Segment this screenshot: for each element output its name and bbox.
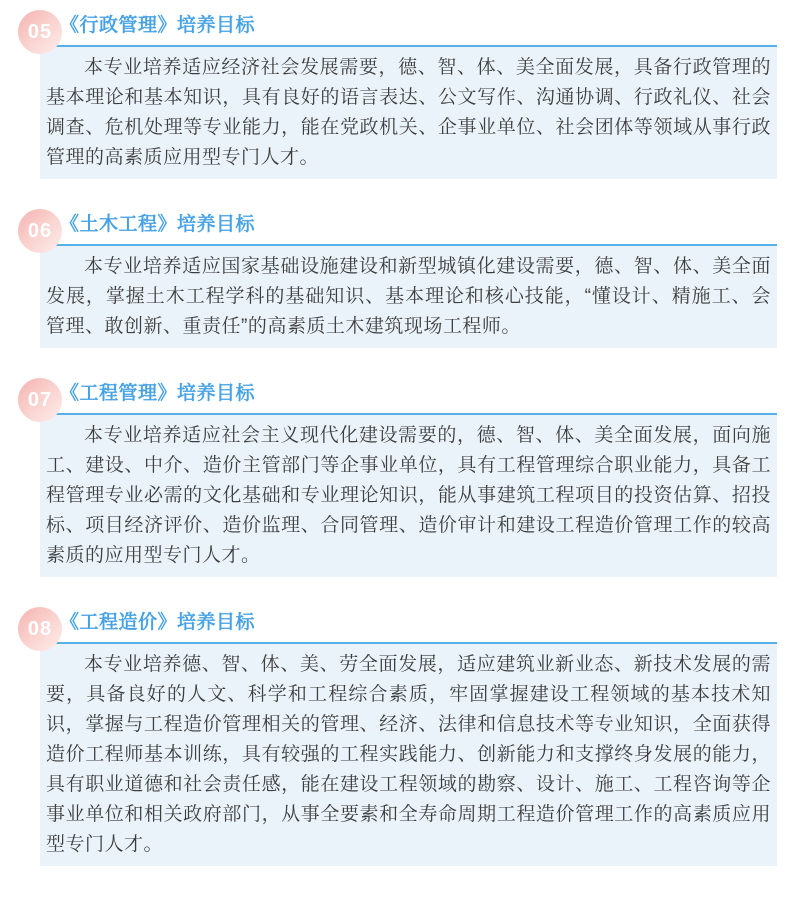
section-title: 《土木工程》培养目标	[60, 214, 255, 235]
section-header: 《土木工程》培养目标	[40, 209, 777, 246]
section-body-text: 本专业培养德、智、体、美、劳全面发展，适应建筑业新业态、新技术发展的需要，具备良…	[46, 650, 771, 860]
section-title: 《行政管理》培养目标	[60, 15, 255, 36]
section-number: 05	[28, 21, 52, 44]
section-content-box: 本专业培养适应国家基础设施建设和新型城镇化建设需要，德、智、体、美全面发展，掌握…	[40, 246, 777, 348]
section-header: 《工程造价》培养目标	[40, 607, 777, 644]
document-page: 05 《行政管理》培养目标 本专业培养适应经济社会发展需要，德、智、体、美全面发…	[0, 0, 800, 910]
section-admin-management: 05 《行政管理》培养目标 本专业培养适应经济社会发展需要，德、智、体、美全面发…	[18, 10, 777, 179]
section-number-badge: 08	[18, 607, 62, 651]
section-content-box: 本专业培养适应社会主义现代化建设需要的，德、智、体、美全面发展，面向施工、建设、…	[40, 415, 777, 577]
section-title: 《工程管理》培养目标	[60, 383, 255, 404]
section-content-box: 本专业培养适应经济社会发展需要，德、智、体、美全面发展，具备行政管理的基本理论和…	[40, 47, 777, 179]
section-number-badge: 05	[18, 10, 62, 54]
section-civil-engineering: 06 《土木工程》培养目标 本专业培养适应国家基础设施建设和新型城镇化建设需要，…	[18, 209, 777, 348]
section-body-text: 本专业培养适应国家基础设施建设和新型城镇化建设需要，德、智、体、美全面发展，掌握…	[46, 252, 771, 342]
section-number: 07	[28, 389, 52, 412]
section-engineering-cost: 08 《工程造价》培养目标 本专业培养德、智、体、美、劳全面发展，适应建筑业新业…	[18, 607, 777, 866]
section-header: 《工程管理》培养目标	[40, 378, 777, 415]
section-number-badge: 07	[18, 378, 62, 422]
section-header: 《行政管理》培养目标	[40, 10, 777, 47]
section-title: 《工程造价》培养目标	[60, 612, 255, 633]
section-body-text: 本专业培养适应社会主义现代化建设需要的，德、智、体、美全面发展，面向施工、建设、…	[46, 421, 771, 571]
section-number: 06	[28, 220, 52, 243]
section-engineering-management: 07 《工程管理》培养目标 本专业培养适应社会主义现代化建设需要的，德、智、体、…	[18, 378, 777, 577]
section-number-badge: 06	[18, 209, 62, 253]
section-number: 08	[28, 618, 52, 641]
section-content-box: 本专业培养德、智、体、美、劳全面发展，适应建筑业新业态、新技术发展的需要，具备良…	[40, 644, 777, 866]
section-body-text: 本专业培养适应经济社会发展需要，德、智、体、美全面发展，具备行政管理的基本理论和…	[46, 53, 771, 173]
